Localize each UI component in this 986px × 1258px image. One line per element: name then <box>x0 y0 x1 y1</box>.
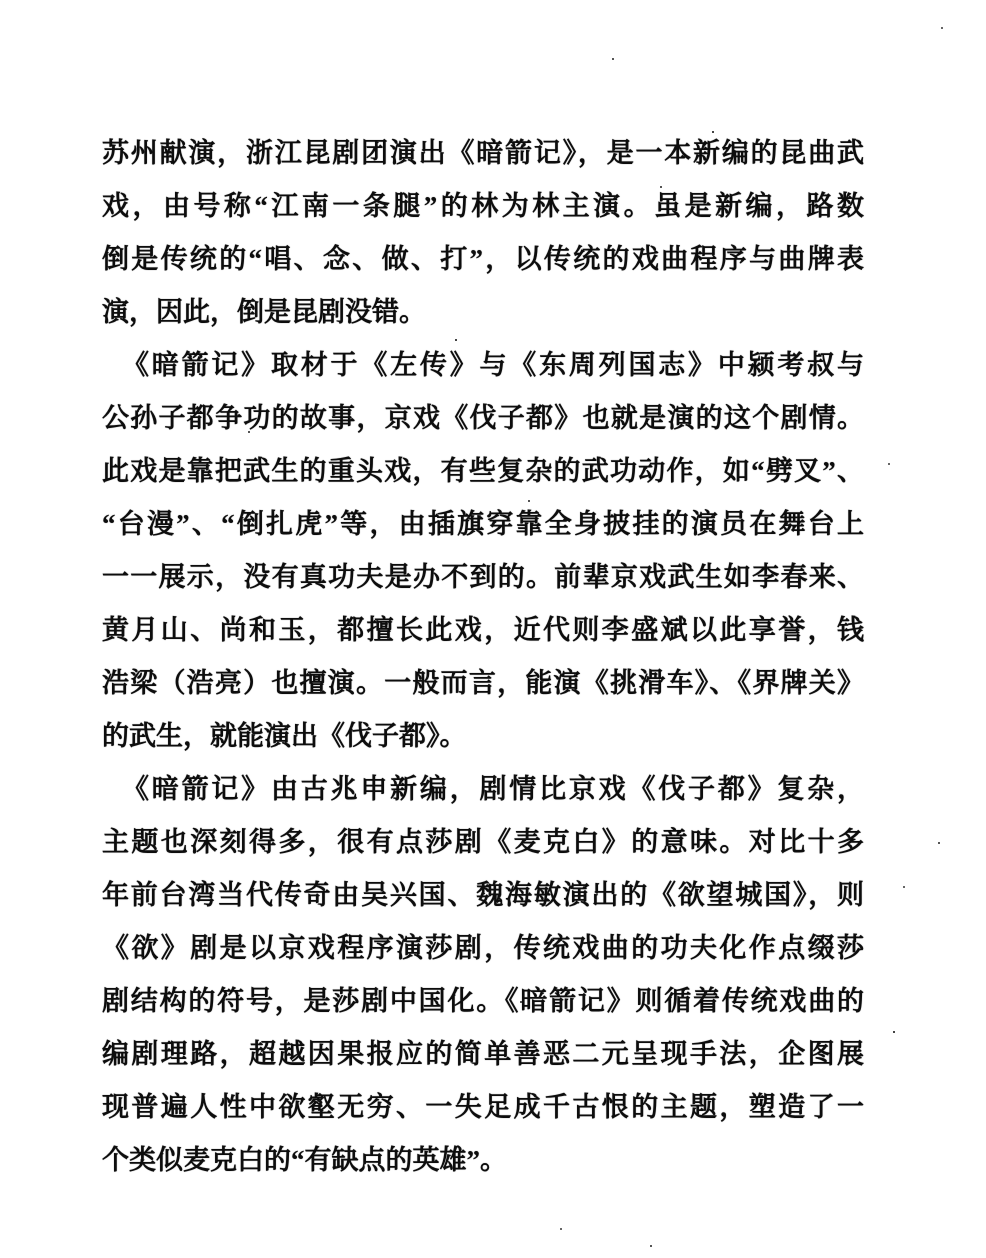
text-line: 年前台湾当代传奇由吴兴国、魏海敏演出的《欲望城国》，则 <box>102 869 864 922</box>
scanned-book-page: 苏州献演，浙江昆剧团演出《暗箭记》，是一本新编的昆曲武 戏，由号称“江南一条腿”… <box>0 0 986 1258</box>
text-line: “台漫”、“倒扎虎”等，由插旗穿靠全身披挂的演员在舞台上 <box>102 498 864 551</box>
text-line: 编剧理路，超越因果报应的简单善恶二元呈现手法，企图展 <box>102 1028 864 1081</box>
text-line: 《欲》剧是以京戏程序演莎剧，传统戏曲的功夫化作点缀莎 <box>102 922 864 975</box>
text-line: 个类似麦克白的“有缺点的英雄”。 <box>102 1134 864 1187</box>
text-line: 苏州献演，浙江昆剧团演出《暗箭记》，是一本新编的昆曲武 <box>102 127 864 180</box>
text-line: 《暗箭记》取材于《左传》与《东周列国志》中颍考叔与 <box>102 339 864 392</box>
text-line: 倒是传统的“唱、念、做、打”，以传统的戏曲程序与曲牌表 <box>102 233 864 286</box>
text-line: 戏，由号称“江南一条腿”的林为林主演。虽是新编，路数 <box>102 180 864 233</box>
text-line: 剧结构的符号，是莎剧中国化。《暗箭记》则循着传统戏曲的 <box>102 975 864 1028</box>
text-line: 此戏是靠把武生的重头戏，有些复杂的武功动作，如“劈叉”、 <box>102 445 864 498</box>
text-line: 现普遍人性中欲壑无穷、一失足成千古恨的主题，塑造了一 <box>102 1081 864 1134</box>
text-line: 黄月山、尚和玉，都擅长此戏，近代则李盛斌以此享誉，钱 <box>102 604 864 657</box>
text-line: 公孙子都争功的故事，京戏《伐子都》也就是演的这个剧情。 <box>102 392 864 445</box>
text-line: 主题也深刻得多，很有点莎剧《麦克白》的意味。对比十多 <box>102 816 864 869</box>
text-line: 的武生，就能演出《伐子都》。 <box>102 710 864 763</box>
text-line: 浩梁（浩亮）也擅演。一般而言，能演《挑滑车》、《界牌关》 <box>102 657 864 710</box>
scan-noise <box>0 0 2 2</box>
text-line: 一一展示，没有真功夫是办不到的。前辈京戏武生如李春来、 <box>102 551 864 604</box>
text-block: 苏州献演，浙江昆剧团演出《暗箭记》，是一本新编的昆曲武 戏，由号称“江南一条腿”… <box>102 127 864 1187</box>
text-line: 演，因此，倒是昆剧没错。 <box>102 286 864 339</box>
text-line: 《暗箭记》由古兆申新编，剧情比京戏《伐子都》复杂， <box>102 763 864 816</box>
